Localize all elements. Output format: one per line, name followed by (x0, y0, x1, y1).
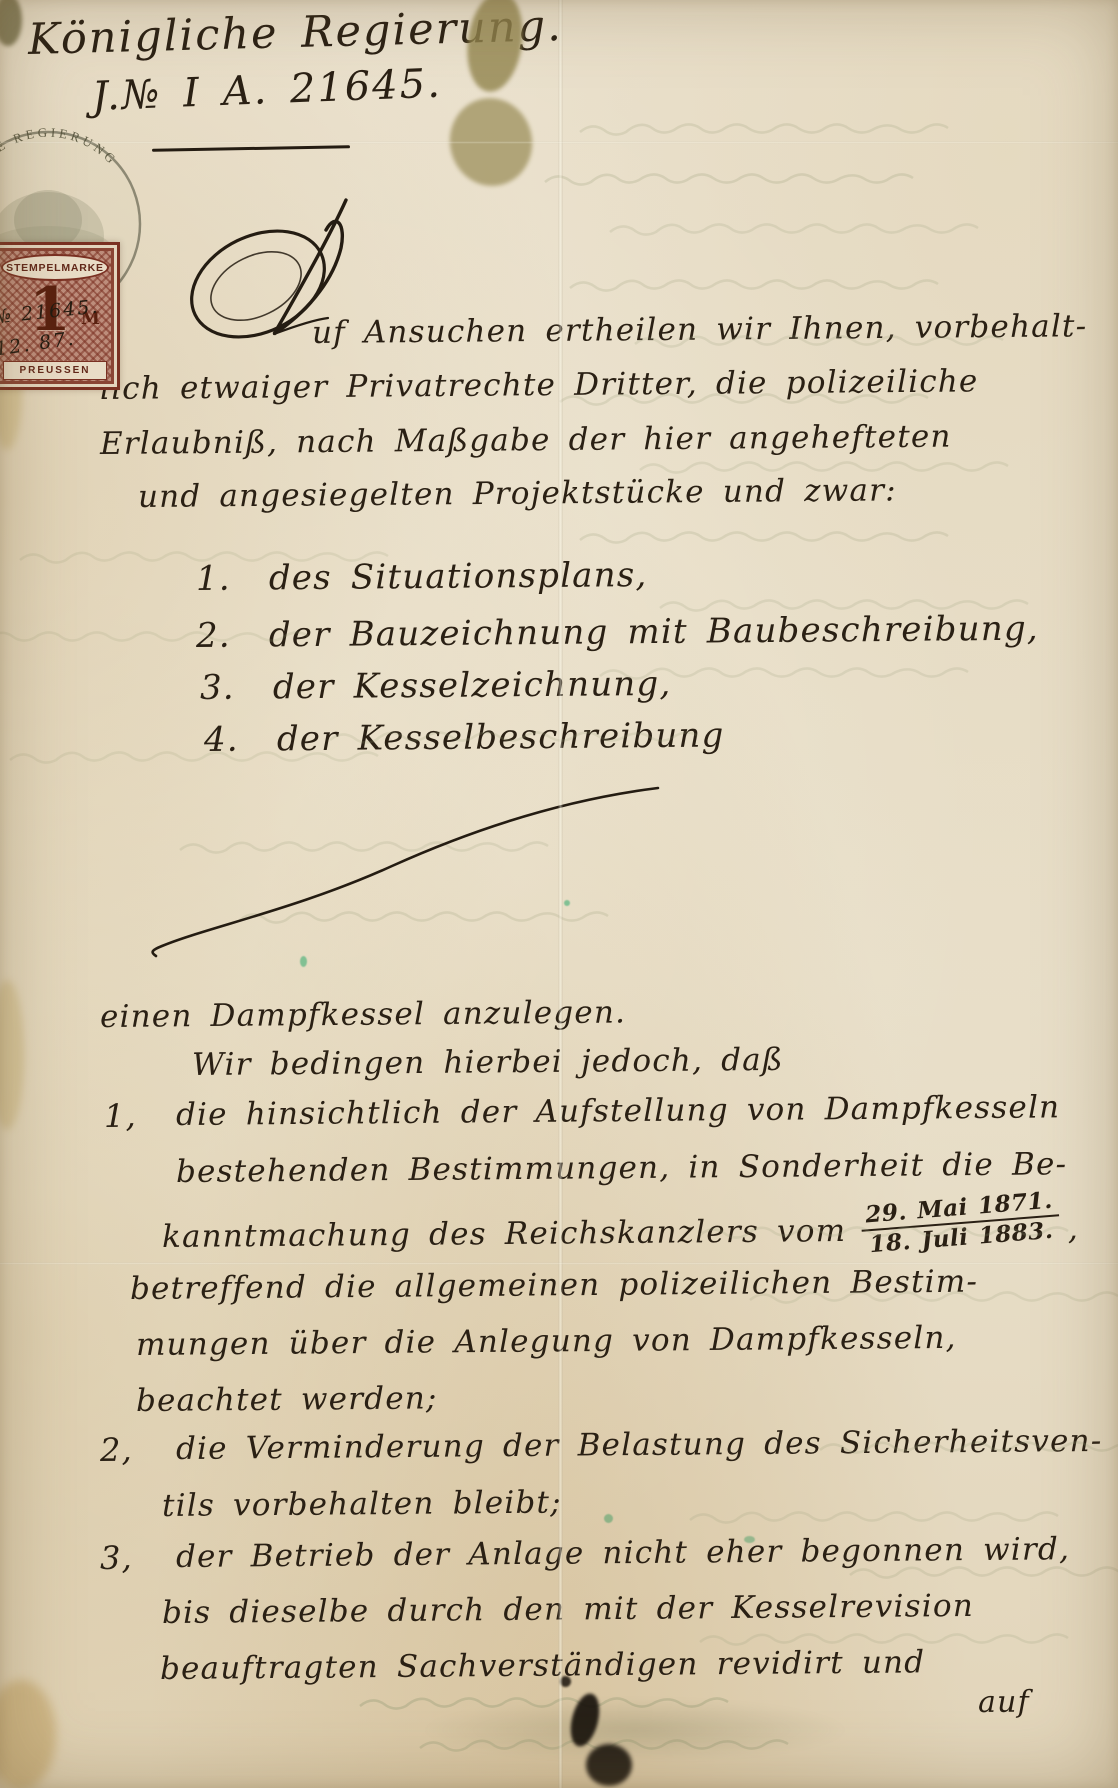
file-number: J.№ I A. 21645. (91, 61, 443, 120)
condition-number: 2, (100, 1432, 133, 1469)
condition-line: beauftragten Sachverständigen revidirt u… (160, 1645, 926, 1687)
document-page: KÖNIGLICHE REGIERUNG STEMPELMARKE 1 M PR… (0, 0, 1118, 1788)
horizontal-fold-crease (0, 141, 1118, 144)
stamp-cancellation-date: 12. 87. (0, 328, 77, 361)
opening-line-1: uf Ansuchen ertheilen wir Ihnen, vorbeha… (312, 309, 1088, 351)
corner-stain (0, 0, 22, 46)
ink-blot (566, 1691, 604, 1750)
condition-line: bis dieselbe durch den mit der Kesselrev… (162, 1589, 974, 1632)
condition-line-with-date: kanntmachung des Reichskanzlers vom 29. … (162, 1202, 1079, 1266)
opening-line-2: lich etwaiger Privatrechte Dritter, die … (100, 364, 979, 407)
condition-line: tils vorbehalten bleibt; (162, 1486, 562, 1525)
list-item: 2. der Bauzeichnung mit Baubeschreibung, (196, 610, 1039, 656)
list-text: der Bauzeichnung mit Baubeschreibung, (269, 609, 1039, 656)
condition-number: 3, (100, 1540, 133, 1577)
list-number: 4. (204, 720, 239, 760)
office-header: Königliche Regierung. (27, 2, 563, 65)
intro-line: Wir bedingen hierbei jedoch, daß (192, 1043, 784, 1084)
ink-blot (586, 1744, 632, 1786)
condition-number: 1, (104, 1098, 137, 1135)
list-text: der Kesselbeschreibung (277, 715, 725, 759)
list-item: 1. des Situationsplans, (196, 556, 648, 599)
list-text: des Situationsplans, (269, 555, 648, 598)
edge-stain (0, 1680, 56, 1788)
condition-line: mungen über die Anlegung von Dampfkessel… (136, 1321, 957, 1364)
seal-legend: KÖNIGLICHE REGIERUNG (0, 125, 121, 247)
date-fraction-suffix: , (1068, 1212, 1079, 1248)
catchword: auf (978, 1686, 1030, 1721)
date-fraction: 29. Mai 1871. 18. Juli 1883. (860, 1187, 1061, 1258)
condition-line: bestehenden Bestimmungen, in Sonderheit … (176, 1147, 1068, 1190)
list-item: 3. der Kesselzeichnung, (200, 665, 672, 708)
condition-line: die Verminderung der Belastung des Siche… (176, 1424, 1103, 1468)
stamp-country: PREUSSEN (3, 361, 107, 380)
glue-stain-top-2 (442, 90, 541, 193)
list-number: 2. (196, 616, 231, 656)
header-underline (152, 145, 350, 151)
condition-line: beachtet werden; (136, 1381, 438, 1419)
green-fleck (604, 1514, 613, 1523)
condition-line: die hinsichtlich der Aufstellung von Dam… (176, 1090, 1061, 1133)
condition-line-prefix: kanntmachung des Reichskanzlers vom (162, 1214, 847, 1256)
green-fleck (300, 956, 307, 967)
list-number: 3. (200, 668, 235, 708)
list-text: der Kesselzeichnung, (273, 664, 672, 707)
opening-line-3: Erlaubniß, nach Maßgabe der hier angehef… (100, 420, 952, 463)
ink-smear (420, 1698, 850, 1762)
condition-line: der Betrieb der Anlage nicht eher begonn… (176, 1532, 1070, 1575)
list-item: 4. der Kesselbeschreibung (204, 716, 725, 760)
revenue-stamp: STEMPELMARKE 1 M PREUSSEN № 21645. 12. 8… (0, 242, 120, 390)
continuation-line: einen Dampfkessel anzulegen. (100, 995, 626, 1035)
edge-stain (0, 980, 24, 1130)
list-number: 1. (196, 559, 231, 599)
svg-text:KÖNIGLICHE REGIERUNG: KÖNIGLICHE REGIERUNG (0, 125, 121, 247)
green-fleck (564, 900, 570, 906)
opening-line-4: und angesiegelten Projektstücke und zwar… (138, 473, 897, 515)
condition-line: betreffend die allgemeinen polizeilichen… (130, 1265, 978, 1308)
